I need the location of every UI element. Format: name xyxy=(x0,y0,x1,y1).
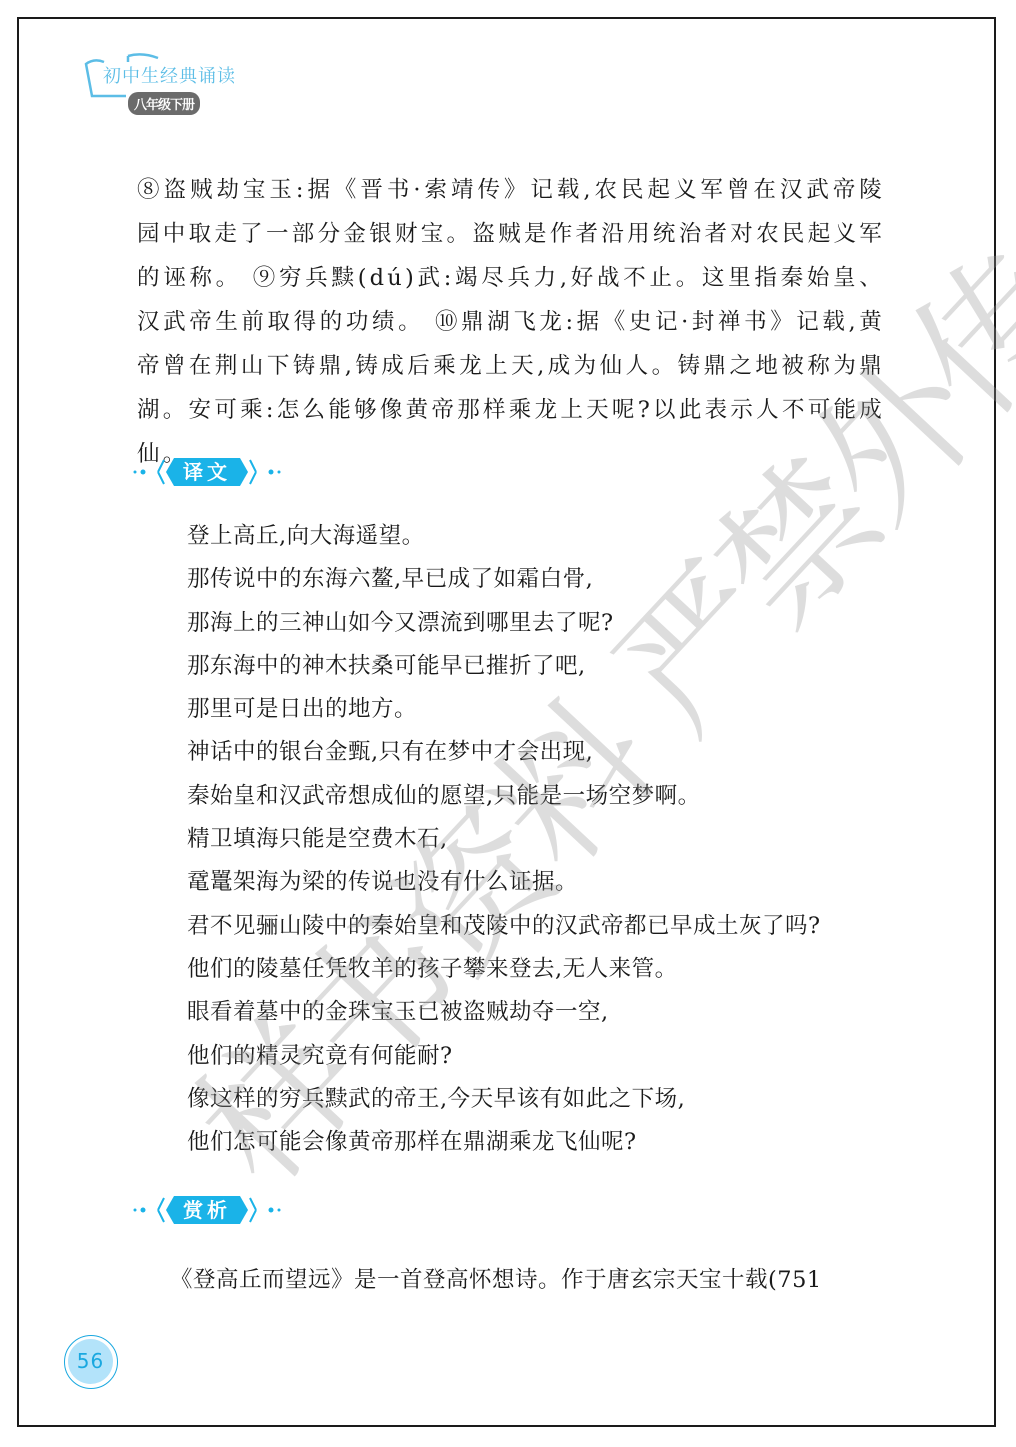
translation-line: 他们的精灵究竟有何能耐? xyxy=(187,1035,887,1078)
translation-line: 他们怎可能会像黄帝那样在鼎湖乘龙飞仙呢? xyxy=(187,1121,887,1164)
series-logo: 初中生经典诵读 八年级下册 xyxy=(78,50,278,120)
page-number-badge: 56 xyxy=(64,1335,118,1389)
section-title-appreciation: 赏析 xyxy=(152,1194,262,1226)
translation-line: 神话中的银台金甄,只有在梦中才会出现, xyxy=(187,731,887,774)
translation-text: 登上高丘,向大海遥望。 那传说中的东海六鳌,早已成了如霜白骨, 那海上的三神山如… xyxy=(187,515,887,1164)
dots-decoration-icon xyxy=(265,1207,283,1213)
appreciation-text: 《登高丘而望远》是一首登高怀想诗。作于唐玄宗天宝十载(751 xyxy=(170,1258,890,1302)
translation-line: 君不见骊山陵中的秦始皇和茂陵中的汉武帝都已早成土灰了吗? xyxy=(187,905,887,948)
translation-line: 那东海中的神木扶桑可能早已摧折了吧, xyxy=(187,645,887,688)
translation-line: 那海上的三神山如今又漂流到哪里去了呢? xyxy=(187,602,887,645)
dots-decoration-icon xyxy=(265,469,283,475)
translation-line: 登上高丘,向大海遥望。 xyxy=(187,515,887,558)
annotation-notes: ⑧盗贼劫宝玉:据《晋书·索靖传》记载,农民起义军曾在汉武帝陵园中取走了一部分金银… xyxy=(137,168,885,476)
notes-paragraph: ⑧盗贼劫宝玉:据《晋书·索靖传》记载,农民起义军曾在汉武帝陵园中取走了一部分金银… xyxy=(137,168,885,476)
series-title: 初中生经典诵读 xyxy=(103,62,236,88)
translation-line: 他们的陵墓任凭牧羊的孩子攀来登去,无人来管。 xyxy=(187,948,887,991)
translation-line: 那里可是日出的地方。 xyxy=(187,688,887,731)
grade-badge: 八年级下册 xyxy=(128,92,200,115)
translation-line: 眼看着墓中的金珠宝玉已被盗贼劫夺一空, xyxy=(187,991,887,1034)
dots-decoration-icon xyxy=(132,469,150,475)
translation-line: 精卫填海只能是空费木石, xyxy=(187,818,887,861)
dots-decoration-icon xyxy=(132,1207,150,1213)
translation-line: 鼋鼍架海为梁的传说也没有什么证据。 xyxy=(187,861,887,904)
section-header-translation: 译文 xyxy=(130,456,290,488)
section-header-appreciation: 赏析 xyxy=(130,1194,290,1226)
section-title-translation: 译文 xyxy=(152,456,262,488)
page-number: 56 xyxy=(68,1339,113,1384)
translation-line: 秦始皇和汉武帝想成仙的愿望,只能是一场空梦啊。 xyxy=(187,775,887,818)
translation-line: 那传说中的东海六鳌,早已成了如霜白骨, xyxy=(187,558,887,601)
translation-line: 像这样的穷兵黩武的帝王,今天早该有如此之下场, xyxy=(187,1078,887,1121)
